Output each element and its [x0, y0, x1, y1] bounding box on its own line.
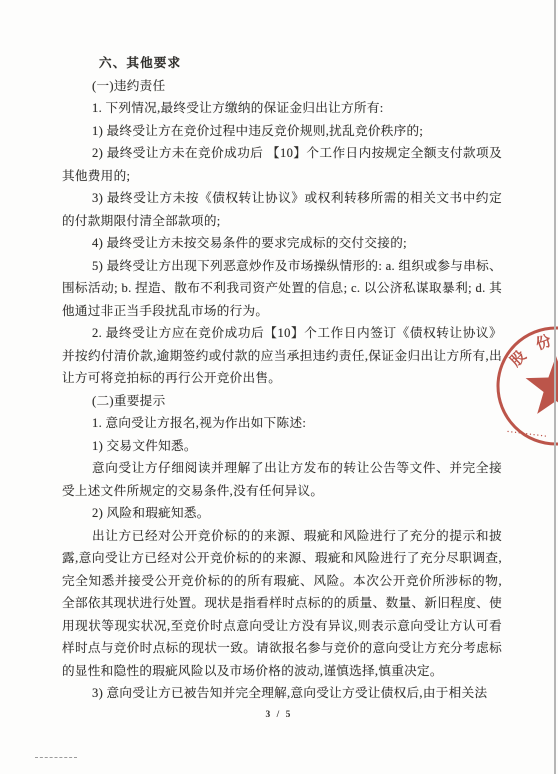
- clause-1-item-1: 1) 最终受让方在竞价过程中违反竞价规则,扰乱竞价秩序的;: [62, 120, 502, 143]
- scan-page-edge: [554, 0, 556, 774]
- notice-1-intro: 1. 意向受让方报名,视为作出如下陈述:: [62, 412, 502, 435]
- notice-1-item-2-title: 2) 风险和瑕疵知悉。: [62, 502, 502, 525]
- clause-1-intro: 1. 下列情况,最终受让方缴纳的保证金归出让方所有:: [62, 97, 502, 120]
- section-heading: 六、其他要求: [62, 52, 502, 75]
- subsection-2-heading: (二)重要提示: [62, 390, 502, 413]
- page-number: 3 / 5: [0, 710, 558, 720]
- notice-1-item-3: 3) 意向受让方已被告知并完全理解,意向受让方受让债权后,由于相关法: [62, 682, 502, 705]
- notice-1-item-2-body: 出让方已经对公开竞价标的的来源、瑕疵和风险进行了充分的提示和披露,意向受让方已经…: [62, 525, 502, 683]
- subsection-1-heading: (一)违约责任: [62, 75, 502, 98]
- seal-bottom-marks: •••••••••••: [507, 430, 549, 440]
- clause-2: 2. 最终受让方应在竞价成功后【10】个工作日内签订《债权转让协议》并按约付清价…: [62, 322, 502, 390]
- company-seal-stamp: 股 份 •••••••••••: [486, 320, 558, 452]
- document-body: 六、其他要求(一)违约责任1. 下列情况,最终受让方缴纳的保证金归出让方所有:1…: [62, 52, 502, 705]
- notice-1-item-1-body: 意向受让方仔细阅读并理解了出让方发布的转让公告等文件、并完全接受上述文件所规定的…: [62, 457, 502, 502]
- clause-1-item-2: 2) 最终受让方未在竞价成功后 【10】个工作日内按规定全额支付款项及其他费用的…: [62, 142, 502, 187]
- scanned-document-page: 六、其他要求(一)违约责任1. 下列情况,最终受让方缴纳的保证金归出让方所有:1…: [0, 0, 558, 774]
- clause-1-item-5: 5) 最终受让方出现下列恶意炒作及市场操纵情形的: a. 组织或参与串标、围标活…: [62, 255, 502, 323]
- scan-artifact-line: [35, 757, 77, 758]
- clause-1-item-4: 4) 最终受让方未按交易条件的要求完成标的交付交接的;: [62, 232, 502, 255]
- notice-1-item-1-title: 1) 交易文件知悉。: [62, 435, 502, 458]
- seal-char-2: 份: [533, 331, 553, 353]
- clause-1-item-3: 3) 最终受让方未按《债权转让协议》或权利转移所需的相关文书中约定的付款期限付清…: [62, 187, 502, 232]
